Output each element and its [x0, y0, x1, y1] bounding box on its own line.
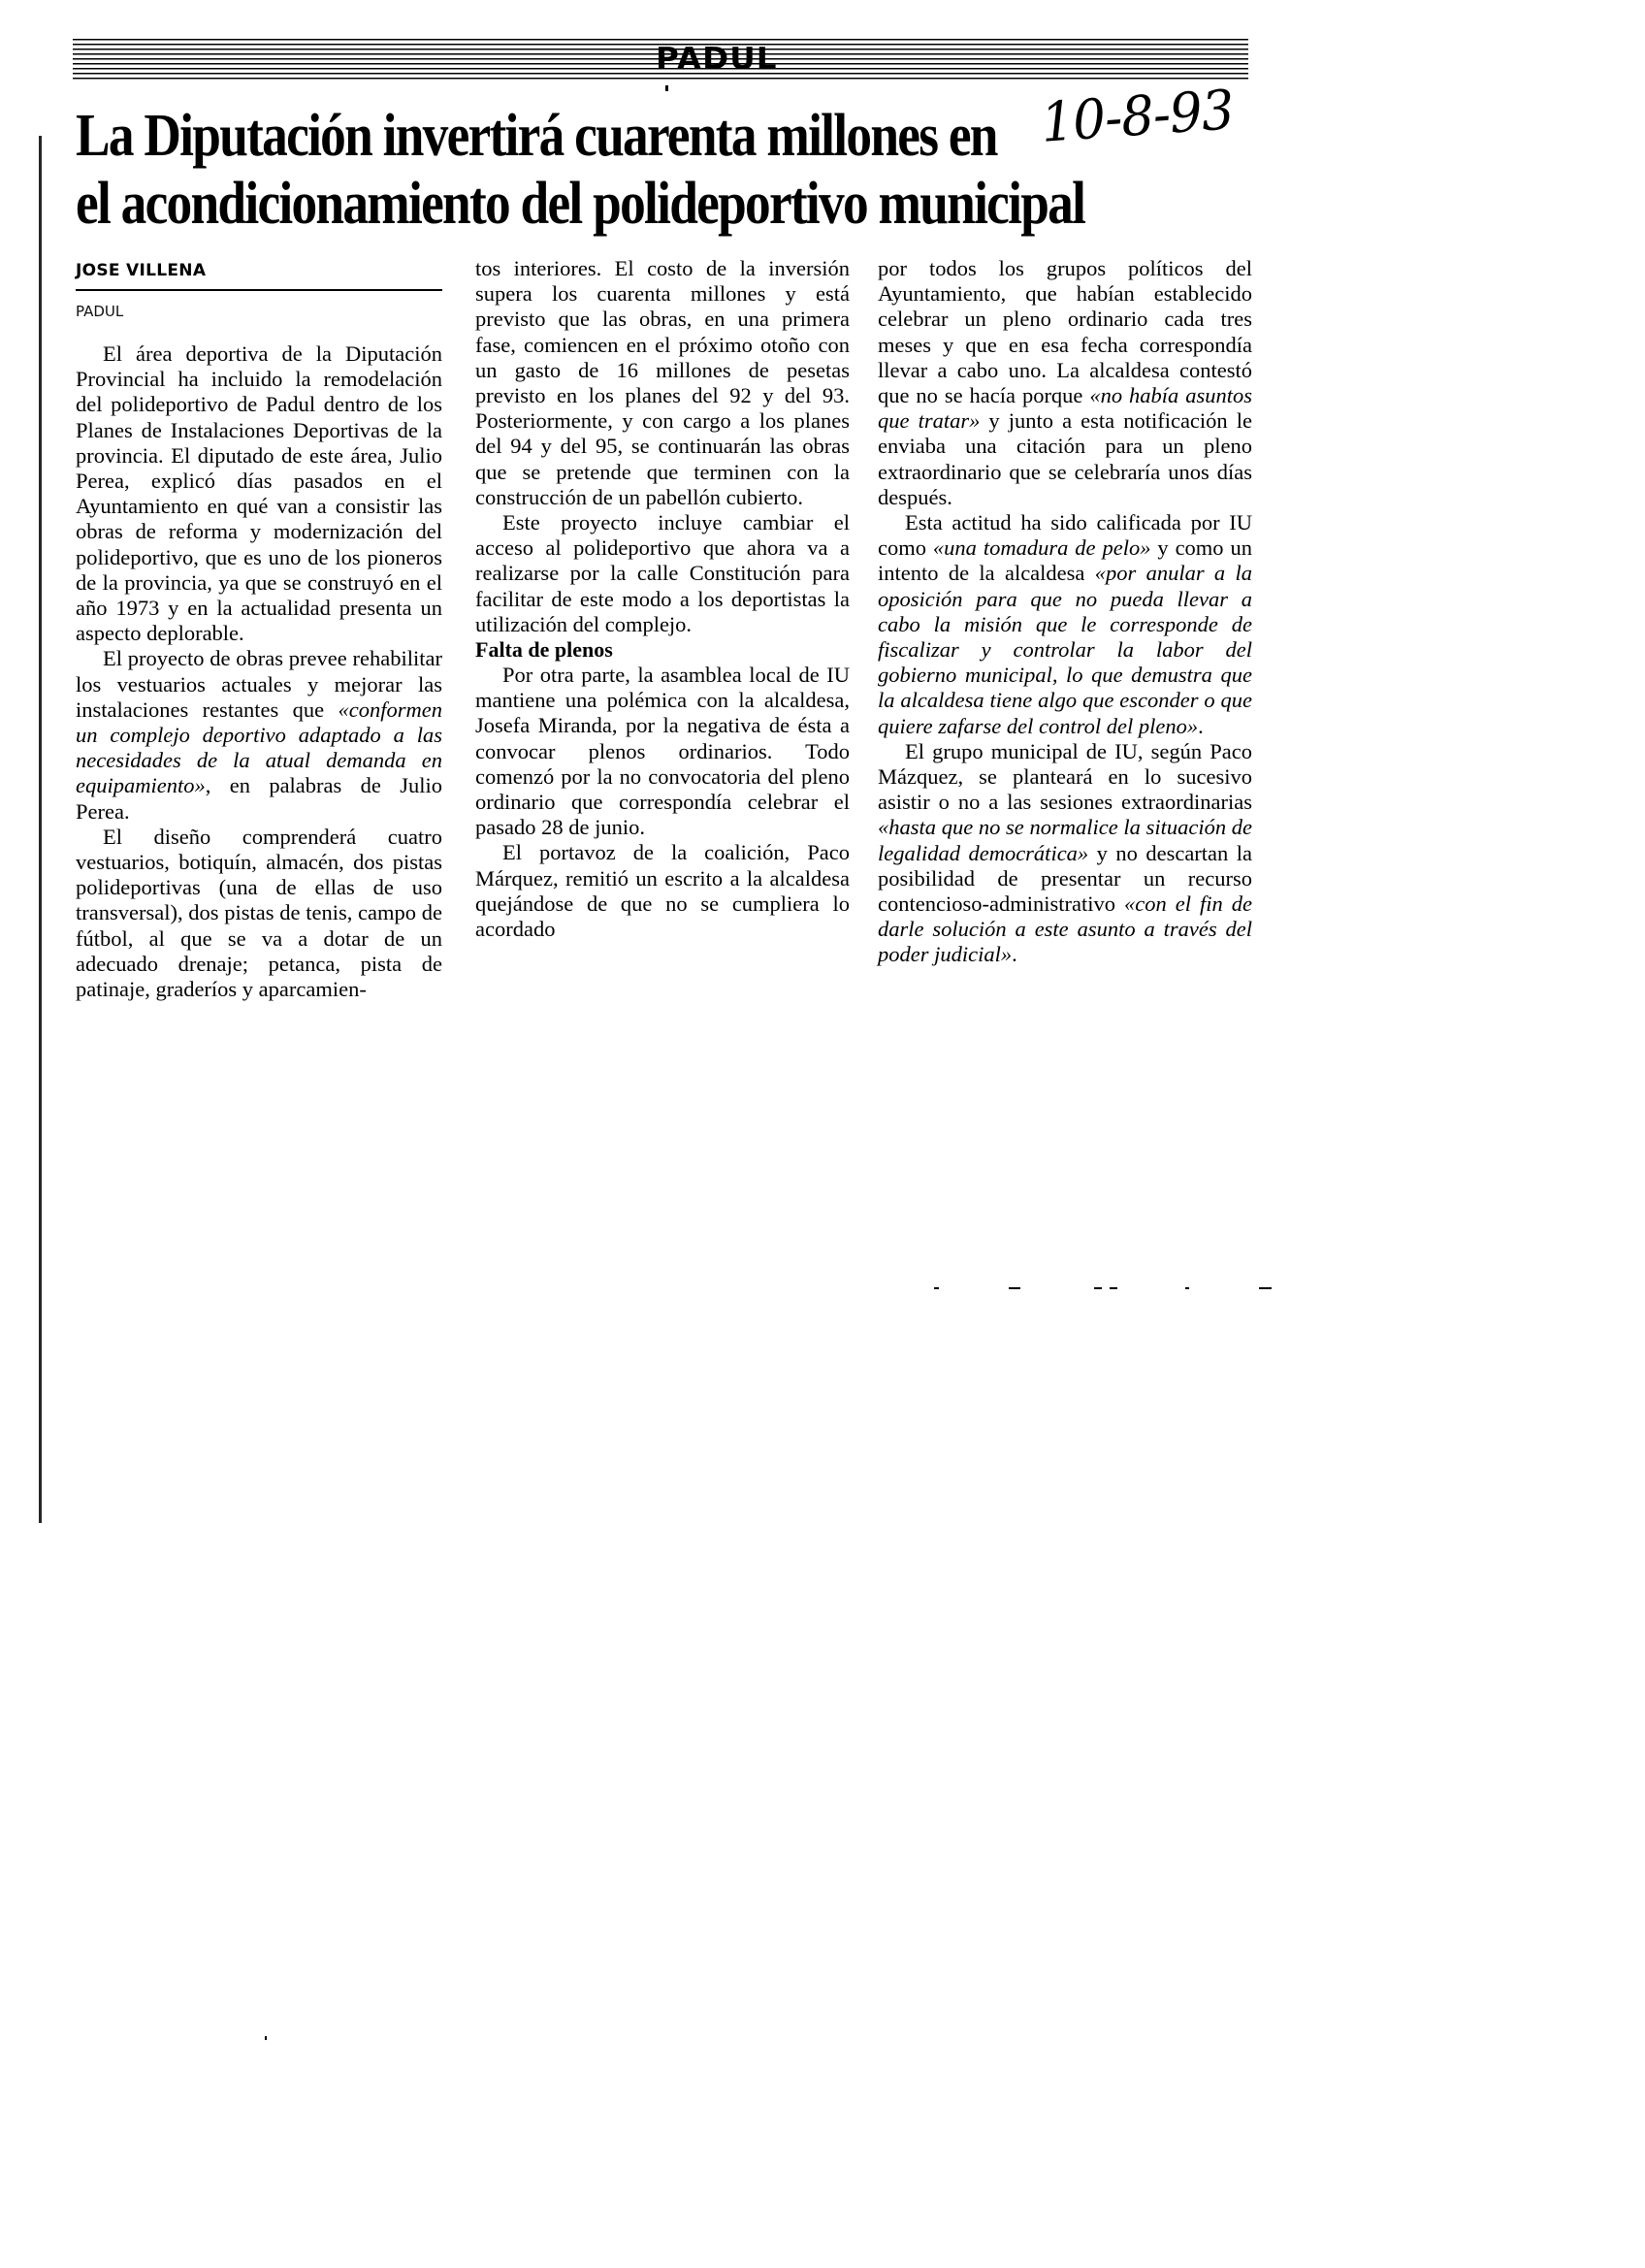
scan-dash-marks: [931, 1287, 1319, 1291]
paragraph: El proyecto de obras prevee rehabilitar …: [76, 646, 442, 824]
paragraph: tos interiores. El costo de la inversión…: [475, 256, 850, 510]
dash-mark: [1009, 1287, 1020, 1289]
dash-mark: [934, 1287, 939, 1289]
scan-speck: [665, 85, 668, 91]
paragraph: El diseño comprenderá cuatro vestuarios,…: [76, 825, 442, 1002]
subheading: Falta de plenos: [475, 637, 850, 663]
text: El grupo municipal de IU, según Paco Máz…: [878, 739, 1252, 814]
section-header-band: PADUL: [73, 39, 1248, 80]
paragraph: Por otra parte, la asamblea local de IU …: [475, 663, 850, 840]
paragraph: El portavoz de la coalición, Paco Márque…: [475, 840, 850, 942]
dateline: PADUL: [76, 301, 442, 322]
dash-mark: [1185, 1287, 1189, 1289]
paragraph: El área deportiva de la Diputación Provi…: [76, 341, 442, 646]
text: .: [1198, 714, 1204, 738]
dash-mark: [1094, 1287, 1102, 1289]
scan-speck: [265, 2036, 267, 2040]
scan-edge-line: [39, 136, 42, 1523]
byline-author: JOSE VILLENA: [76, 260, 442, 291]
article-column-3: por todos los grupos políticos del Ayunt…: [878, 256, 1252, 968]
paragraph: Este proyecto incluye cambiar el acceso …: [475, 510, 850, 637]
handwritten-date-annotation: 10-8-93: [1039, 77, 1236, 158]
scanned-newspaper-page: PADUL La Diputación invertirá cuarenta m…: [0, 0, 1645, 2268]
article-column-2: tos interiores. El costo de la inversión…: [475, 256, 850, 942]
quote: «por anular a la oposición para que no p…: [878, 561, 1252, 737]
article-column-1: JOSE VILLENA PADUL El área deportiva de …: [76, 260, 442, 1002]
paragraph: por todos los grupos políticos del Ayunt…: [878, 256, 1252, 510]
paragraph: Esta actitud ha sido calificada por IU c…: [878, 510, 1252, 739]
paragraph: El grupo municipal de IU, según Paco Máz…: [878, 739, 1252, 968]
quote: «una tomadura de pelo»: [933, 535, 1151, 560]
dash-mark: [1259, 1287, 1272, 1289]
headline: La Diputación invertirá cuarenta millone…: [76, 102, 1084, 238]
text: .: [1012, 942, 1017, 966]
dash-mark: [1110, 1287, 1117, 1289]
headline-line-2: el acondicionamiento del polideportivo m…: [76, 170, 1084, 238]
headline-line-1: La Diputación invertirá cuarenta millone…: [76, 102, 1084, 170]
section-label: PADUL: [650, 41, 784, 78]
